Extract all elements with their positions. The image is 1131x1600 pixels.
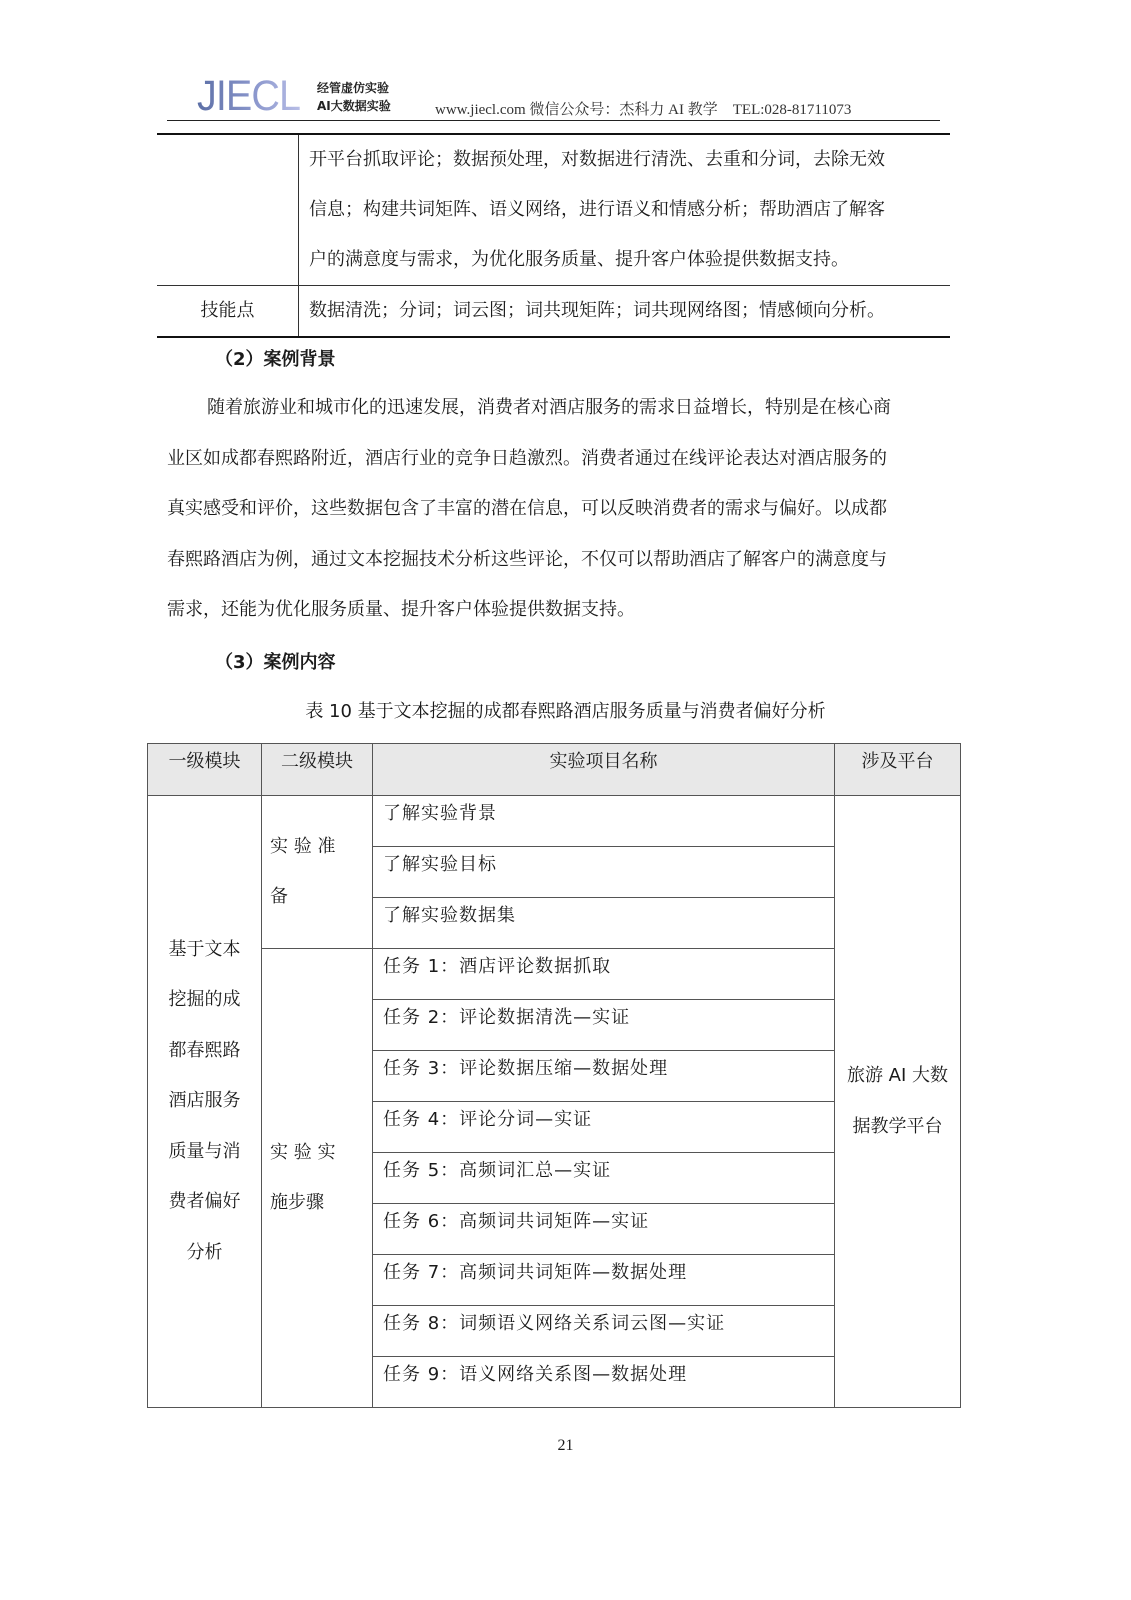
row-label-skills: 技能点	[157, 286, 299, 338]
project-item: 任务 9：语义网络关系图—数据处理	[373, 1357, 835, 1408]
platform-line: 旅游 AI 大数	[835, 1051, 960, 1102]
logo-subtitle-line2: AI大数据实验	[317, 97, 391, 115]
project-item: 了解实验目标	[373, 847, 835, 898]
header-project-name: 实验项目名称	[373, 744, 835, 796]
table-row: 基于文本 挖掘的成 都春熙路 酒店服务 质量与消 费者偏好 分析 实 验 准 备…	[148, 796, 961, 847]
header-level1: 一级模块	[148, 744, 262, 796]
project-item: 任务 8：词频语义网络关系词云图—实证	[373, 1306, 835, 1357]
level1-line: 分析	[148, 1228, 261, 1279]
level1-line: 费者偏好	[148, 1177, 261, 1228]
header-divider	[167, 120, 940, 121]
level1-line: 挖掘的成	[148, 975, 261, 1026]
jiecl-logo: JIECL	[197, 74, 300, 118]
level1-line: 都春熙路	[148, 1026, 261, 1077]
project-item: 任务 2：评论数据清洗—实证	[373, 1000, 835, 1051]
level1-line: 质量与消	[148, 1127, 261, 1178]
section-heading-content: （3）案例内容	[215, 648, 336, 674]
row-label	[157, 134, 299, 286]
page-header: JIECL 经管虚仿实验 AI大数据实验 www.jiecl.com 微信公众号…	[167, 70, 940, 122]
project-item: 任务 5：高频词汇总—实证	[373, 1153, 835, 1204]
paragraph-line: 真实感受和评价，这些数据包含了丰富的潜在信息，可以反映消费者的需求与偏好。以成都	[167, 484, 947, 535]
level2-line: 备	[270, 872, 372, 923]
row-content: 数据清洗；分词；词云图；词共现矩阵；词共现网络图；情感倾向分析。	[299, 286, 951, 338]
header-platform: 涉及平台	[835, 744, 961, 796]
row-content: 开平台抓取评论；数据预处理，对数据进行清洗、去重和分词，去除无效 信息；构建共词…	[299, 134, 951, 286]
level2-line: 实 验 实	[270, 1128, 372, 1179]
project-item: 任务 6：高频词共词矩阵—实证	[373, 1204, 835, 1255]
level1-module-cell: 基于文本 挖掘的成 都春熙路 酒店服务 质量与消 费者偏好 分析	[148, 796, 262, 1408]
paragraph-line: 业区如成都春熙路附近，酒店行业的竞争日趋激烈。消费者通过在线评论表达对酒店服务的	[167, 434, 947, 485]
level1-line: 酒店服务	[148, 1076, 261, 1127]
level2-module-steps: 实 验 实 施步骤	[262, 949, 373, 1408]
content-line: 开平台抓取评论；数据预处理，对数据进行清洗、去重和分词，去除无效	[309, 135, 950, 185]
project-item: 了解实验背景	[373, 796, 835, 847]
content-line: 数据清洗；分词；词云图；词共现矩阵；词共现网络图；情感倾向分析。	[309, 286, 950, 336]
content-line: 信息；构建共词矩阵、语义网络，进行语义和情感分析；帮助酒店了解客	[309, 185, 950, 235]
level2-line: 施步骤	[270, 1178, 372, 1229]
summary-table: 开平台抓取评论；数据预处理，对数据进行清洗、去重和分词，去除无效 信息；构建共词…	[157, 133, 950, 338]
project-item: 了解实验数据集	[373, 898, 835, 949]
page-number: 21	[0, 1437, 1131, 1455]
project-item: 任务 1：酒店评论数据抓取	[373, 949, 835, 1000]
paragraph-line: 需求，还能为优化服务质量、提升客户体验提供数据支持。	[167, 585, 947, 636]
platform-line: 据教学平台	[835, 1102, 960, 1153]
project-item: 任务 3：评论数据压缩—数据处理	[373, 1051, 835, 1102]
table-row: 开平台抓取评论；数据预处理，对数据进行清洗、去重和分词，去除无效 信息；构建共词…	[157, 134, 950, 286]
platform-cell: 旅游 AI 大数 据教学平台	[835, 796, 961, 1408]
level2-module-prep: 实 验 准 备	[262, 796, 373, 949]
section-heading-background: （2）案例背景	[215, 345, 336, 371]
table-caption: 表 10 基于文本挖掘的成都春熙路酒店服务质量与消费者偏好分析	[0, 697, 1131, 723]
table-row: 技能点 数据清洗；分词；词云图；词共现矩阵；词共现网络图；情感倾向分析。	[157, 286, 950, 338]
background-paragraph: 随着旅游业和城市化的迅速发展，消费者对酒店服务的需求日益增长，特别是在核心商 业…	[167, 383, 947, 636]
experiment-table: 一级模块 二级模块 实验项目名称 涉及平台 基于文本 挖掘的成 都春熙路 酒店服…	[147, 743, 961, 1408]
project-item: 任务 4：评论分词—实证	[373, 1102, 835, 1153]
table-header-row: 一级模块 二级模块 实验项目名称 涉及平台	[148, 744, 961, 796]
level1-line: 基于文本	[148, 925, 261, 976]
logo-subtitle: 经管虚仿实验 AI大数据实验	[317, 79, 391, 115]
content-line: 户的满意度与需求，为优化服务质量、提升客户体验提供数据支持。	[309, 235, 950, 285]
paragraph-line: 春熙路酒店为例，通过文本挖掘技术分析这些评论，不仅可以帮助酒店了解客户的满意度与	[167, 535, 947, 586]
header-contact-info: www.jiecl.com 微信公众号：杰科力 AI 教学 TEL:028-81…	[435, 98, 851, 119]
paragraph-line: 随着旅游业和城市化的迅速发展，消费者对酒店服务的需求日益增长，特别是在核心商	[167, 383, 947, 434]
level2-line: 实 验 准	[270, 822, 372, 873]
project-item: 任务 7：高频词共词矩阵—数据处理	[373, 1255, 835, 1306]
header-level2: 二级模块	[262, 744, 373, 796]
logo-subtitle-line1: 经管虚仿实验	[317, 79, 391, 97]
